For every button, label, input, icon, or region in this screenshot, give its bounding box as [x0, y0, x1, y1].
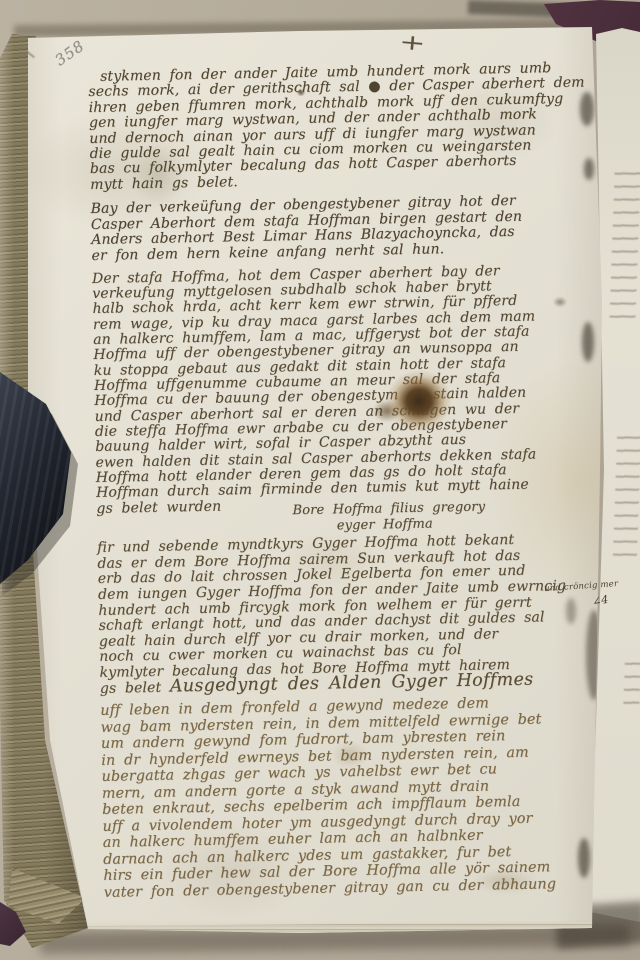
manuscript-page: 358 + stykmen fon der ander Jaite umb hu…: [0, 0, 640, 960]
margin-mark: ∠4: [591, 593, 609, 608]
ink-showthrough-marks: [609, 168, 640, 329]
manuscript-text-block: stykmen fon der ander Jaite umb hundert …: [88, 60, 620, 901]
manuscript-paragraph: Bore Hoffma filius gregoryeyger Hoffma: [292, 497, 613, 535]
manuscript-paragraph: Bay der verkeüfung der obengestybener gi…: [91, 192, 608, 264]
manuscript-paragraph: uff leben in dem fronfeld a gewynd medez…: [100, 693, 620, 901]
manuscript-run: gs belet: [100, 680, 170, 697]
manuscript-paragraph: stykmen fon der ander Jaite umb hundert …: [88, 60, 606, 193]
ink-showthrough-marks: [623, 658, 640, 715]
ink-showthrough-marks: [613, 432, 640, 563]
manuscript-paragraph: fir und sebende myndtkyrs Gyger Hoffma h…: [97, 531, 616, 698]
cross-mark: +: [398, 29, 426, 56]
manuscript-photo: 358 + stykmen fon der ander Jaite umb hu…: [0, 0, 640, 960]
pencil-foliation-number: 358: [52, 37, 88, 70]
manuscript-paragraph: Der stafa Hoffma, hot dem Casper aberher…: [92, 262, 613, 517]
